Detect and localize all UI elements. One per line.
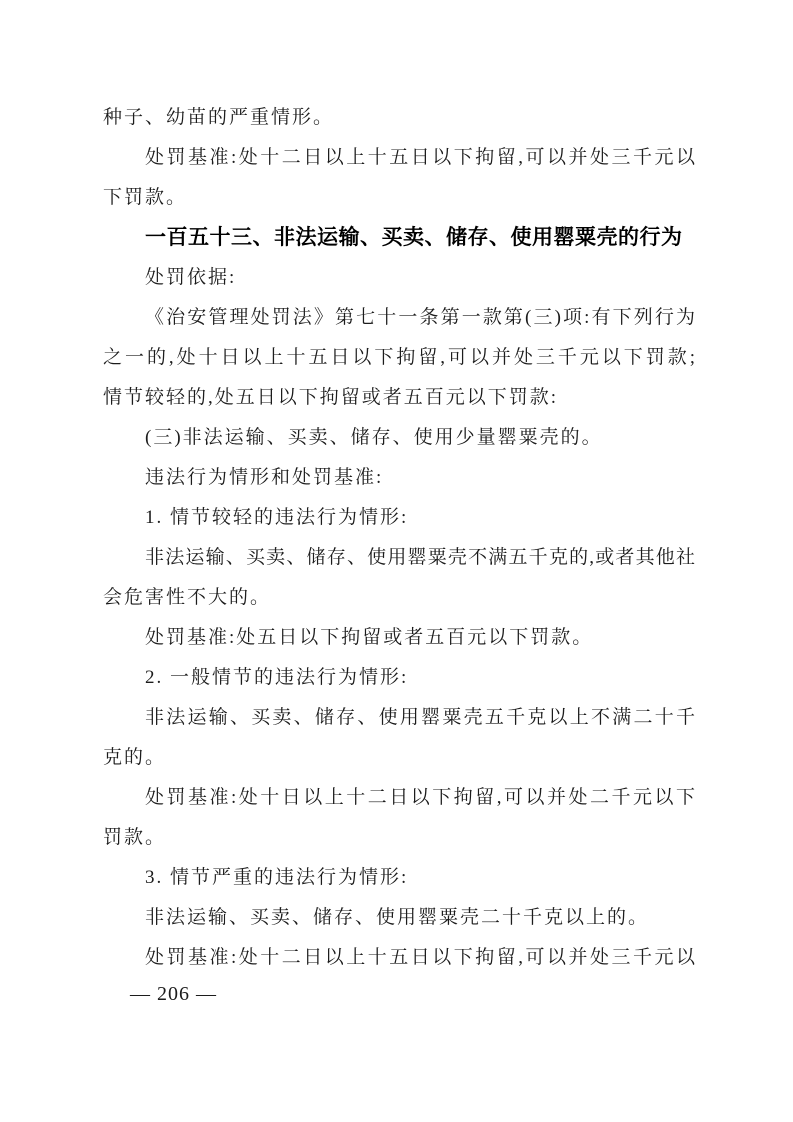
body-line: 情节较轻的,处五日以下拘留或者五百元以下罚款:	[103, 378, 695, 418]
body-line: 罚款。	[103, 818, 695, 858]
body-line: 种子、幼苗的严重情形。	[103, 98, 695, 138]
body-line: 之一的,处十日以上十五日以下拘留,可以并处三千元以下罚款;	[103, 338, 695, 378]
body-line: 处罚基准:处十二日以上十五日以下拘留,可以并处三千元以	[103, 938, 695, 978]
body-line: 处罚依据:	[103, 258, 695, 298]
body-line: 处罚基准:处五日以下拘留或者五百元以下罚款。	[103, 618, 695, 658]
body-line: 违法行为情形和处罚基准:	[103, 458, 695, 498]
document-page: 种子、幼苗的严重情形。 处罚基准:处十二日以上十五日以下拘留,可以并处三千元以 …	[0, 0, 793, 1122]
body-line: 下罚款。	[103, 178, 695, 218]
body-line: 会危害性不大的。	[103, 578, 695, 618]
body-line: 非法运输、买卖、储存、使用罂粟壳二十千克以上的。	[103, 898, 695, 938]
list-item-line: 1. 情节较轻的违法行为情形:	[103, 498, 695, 538]
body-line: 处罚基准:处十二日以上十五日以下拘留,可以并处三千元以	[103, 138, 695, 178]
body-line: 非法运输、买卖、储存、使用罂粟壳不满五千克的,或者其他社	[103, 538, 695, 578]
body-line: 处罚基准:处十日以上十二日以下拘留,可以并处二千元以下	[103, 778, 695, 818]
list-item-line: 2. 一般情节的违法行为情形:	[103, 658, 695, 698]
body-line: 非法运输、买卖、储存、使用罂粟壳五千克以上不满二十千	[103, 698, 695, 738]
page-content: 种子、幼苗的严重情形。 处罚基准:处十二日以上十五日以下拘留,可以并处三千元以 …	[103, 98, 695, 1010]
section-heading: 一百五十三、非法运输、买卖、储存、使用罂粟壳的行为	[103, 218, 695, 258]
list-item-line: 3. 情节严重的违法行为情形:	[103, 858, 695, 898]
body-line: 《治安管理处罚法》第七十一条第一款第(三)项:有下列行为	[103, 298, 695, 338]
page-footer: — 206 —	[130, 978, 695, 1010]
body-line: (三)非法运输、买卖、储存、使用少量罂粟壳的。	[103, 418, 695, 458]
body-line: 克的。	[103, 738, 695, 778]
footer-page-number: — 206 —	[130, 983, 217, 1005]
